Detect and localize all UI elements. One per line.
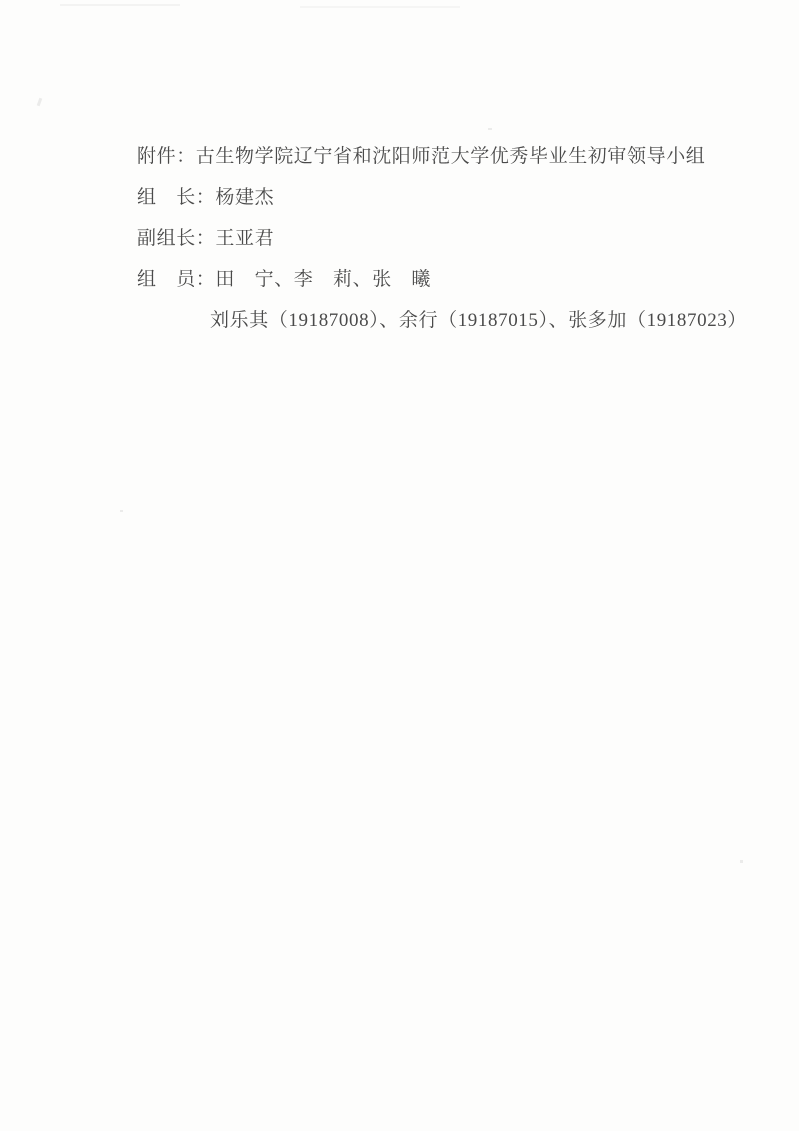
attachment-section: 附件：古生物学院辽宁省和沈阳师范大学优秀毕业生初审领导小组 组 长：杨建杰 副组… xyxy=(137,146,747,351)
group-members-continuation-line: 刘乐其（19187008）、余行（19187015）、张多加（19187023） xyxy=(210,310,747,332)
scan-artifact xyxy=(60,4,180,6)
deputy-group-leader-line: 副组长：王亚君 xyxy=(137,228,747,250)
scan-artifact xyxy=(488,128,492,130)
scanned-document-page: 附件：古生物学院辽宁省和沈阳师范大学优秀毕业生初审领导小组 组 长：杨建杰 副组… xyxy=(0,0,799,1131)
scan-artifact xyxy=(120,510,123,512)
group-leader-line: 组 长：杨建杰 xyxy=(137,187,747,209)
scan-artifact xyxy=(37,98,43,107)
scan-artifact xyxy=(300,6,460,8)
group-members-line: 组 员：田 宁、李 莉、张 曦 xyxy=(137,269,747,291)
scan-artifact xyxy=(740,860,743,863)
attachment-heading-line: 附件：古生物学院辽宁省和沈阳师范大学优秀毕业生初审领导小组 xyxy=(137,146,747,168)
